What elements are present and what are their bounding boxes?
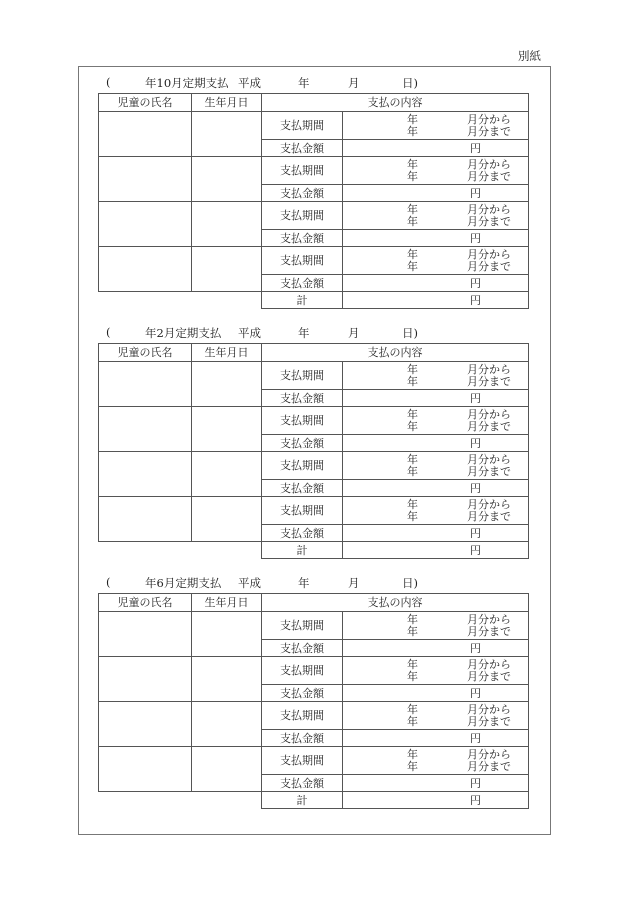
title-era: 平成 xyxy=(238,75,261,91)
amount-label: 支払金額 xyxy=(262,730,343,747)
title-payment: 年6月定期支払 xyxy=(145,575,221,591)
period-value[interactable]: 年 月分から 年 月分まで xyxy=(343,612,529,640)
title-payment: 年2月定期支払 xyxy=(145,325,221,341)
period-label: 支払期間 xyxy=(262,407,343,435)
dob-cell[interactable] xyxy=(192,407,262,452)
dob-cell[interactable] xyxy=(192,157,262,202)
child-name-cell[interactable] xyxy=(99,202,192,247)
period-value[interactable]: 年 月分から 年 月分まで xyxy=(343,362,529,390)
period-value[interactable]: 年 月分から 年 月分まで xyxy=(343,452,529,480)
title-era: 平成 xyxy=(238,325,261,341)
amount-label: 支払金額 xyxy=(262,685,343,702)
table-row: 支払期間 年 月分から 年 月分まで xyxy=(99,612,529,640)
title-open: ( xyxy=(106,325,111,339)
child-name-cell[interactable] xyxy=(99,362,192,407)
header-name: 児童の氏名 xyxy=(99,344,192,362)
period-label: 支払期間 xyxy=(262,202,343,230)
title-day: 日) xyxy=(402,325,418,341)
amount-label: 支払金額 xyxy=(262,185,343,202)
amount-value[interactable]: 円 xyxy=(343,685,529,702)
title-payment: 年10月定期支払 xyxy=(145,75,229,91)
payment-section: ( 年10月定期支払 平成 年 月 日) 児童の氏名 生年月日 支払の内容 支払… xyxy=(98,73,528,309)
amount-value[interactable]: 円 xyxy=(343,775,529,792)
title-month: 月 xyxy=(348,575,360,591)
header-dob: 生年月日 xyxy=(192,94,262,112)
title-month: 月 xyxy=(348,75,360,91)
child-name-cell[interactable] xyxy=(99,112,192,157)
title-day: 日) xyxy=(402,75,418,91)
dob-cell[interactable] xyxy=(192,202,262,247)
header-name: 児童の氏名 xyxy=(99,94,192,112)
table-row: 支払期間 年 月分から 年 月分まで xyxy=(99,202,529,230)
period-value[interactable]: 年 月分から 年 月分まで xyxy=(343,247,529,275)
table-row: 支払期間 年 月分から 年 月分まで xyxy=(99,247,529,275)
title-year: 年 xyxy=(298,75,310,91)
header-content: 支払の内容 xyxy=(262,344,529,362)
total-label: 計 xyxy=(262,792,343,809)
amount-label: 支払金額 xyxy=(262,275,343,292)
amount-value[interactable]: 円 xyxy=(343,390,529,407)
header-dob: 生年月日 xyxy=(192,594,262,612)
amount-label: 支払金額 xyxy=(262,480,343,497)
amount-value[interactable]: 円 xyxy=(343,480,529,497)
table-row: 支払期間 年 月分から 年 月分まで xyxy=(99,157,529,185)
title-era: 平成 xyxy=(238,575,261,591)
dob-cell[interactable] xyxy=(192,112,262,157)
title-open: ( xyxy=(106,75,111,89)
payment-table: 児童の氏名 生年月日 支払の内容 支払期間 年 月分から 年 月分まで 支払金額… xyxy=(98,593,529,809)
period-label: 支払期間 xyxy=(262,362,343,390)
period-label: 支払期間 xyxy=(262,612,343,640)
header-content: 支払の内容 xyxy=(262,94,529,112)
title-month: 月 xyxy=(348,325,360,341)
period-value[interactable]: 年 月分から 年 月分まで xyxy=(343,497,529,525)
period-label: 支払期間 xyxy=(262,452,343,480)
period-label: 支払期間 xyxy=(262,247,343,275)
child-name-cell[interactable] xyxy=(99,497,192,542)
header-name: 児童の氏名 xyxy=(99,594,192,612)
total-value[interactable]: 円 xyxy=(343,542,529,559)
title-day: 日) xyxy=(402,575,418,591)
child-name-cell[interactable] xyxy=(99,747,192,792)
child-name-cell[interactable] xyxy=(99,657,192,702)
amount-label: 支払金額 xyxy=(262,230,343,247)
payment-table: 児童の氏名 生年月日 支払の内容 支払期間 年 月分から 年 月分まで 支払金額… xyxy=(98,343,529,559)
dob-cell[interactable] xyxy=(192,612,262,657)
title-year: 年 xyxy=(298,325,310,341)
child-name-cell[interactable] xyxy=(99,407,192,452)
title-open: ( xyxy=(106,575,111,589)
table-row: 支払期間 年 月分から 年 月分まで xyxy=(99,407,529,435)
period-value[interactable]: 年 月分から 年 月分まで xyxy=(343,157,529,185)
dob-cell[interactable] xyxy=(192,657,262,702)
period-label: 支払期間 xyxy=(262,702,343,730)
total-label: 計 xyxy=(262,542,343,559)
period-label: 支払期間 xyxy=(262,657,343,685)
header-dob: 生年月日 xyxy=(192,344,262,362)
dob-cell[interactable] xyxy=(192,362,262,407)
total-value[interactable]: 円 xyxy=(343,792,529,809)
period-value[interactable]: 年 月分から 年 月分まで xyxy=(343,702,529,730)
amount-label: 支払金額 xyxy=(262,775,343,792)
header-content: 支払の内容 xyxy=(262,594,529,612)
dob-cell[interactable] xyxy=(192,452,262,497)
period-value[interactable]: 年 月分から 年 月分まで xyxy=(343,657,529,685)
amount-label: 支払金額 xyxy=(262,640,343,657)
amount-value[interactable]: 円 xyxy=(343,525,529,542)
child-name-cell[interactable] xyxy=(99,157,192,202)
period-label: 支払期間 xyxy=(262,112,343,140)
table-row: 支払期間 年 月分から 年 月分まで xyxy=(99,112,529,140)
child-name-cell[interactable] xyxy=(99,247,192,292)
period-value[interactable]: 年 月分から 年 月分まで xyxy=(343,407,529,435)
payment-section: ( 年2月定期支払 平成 年 月 日) 児童の氏名 生年月日 支払の内容 支払期… xyxy=(98,323,528,559)
total-label: 計 xyxy=(262,292,343,309)
payment-table: 児童の氏名 生年月日 支払の内容 支払期間 年 月分から 年 月分まで 支払金額… xyxy=(98,93,529,309)
total-value[interactable]: 円 xyxy=(343,292,529,309)
amount-value[interactable]: 円 xyxy=(343,435,529,452)
child-name-cell[interactable] xyxy=(99,702,192,747)
page-label: 別紙 xyxy=(518,48,541,64)
payment-section: ( 年6月定期支払 平成 年 月 日) 児童の氏名 生年月日 支払の内容 支払期… xyxy=(98,573,528,809)
amount-label: 支払金額 xyxy=(262,435,343,452)
period-value[interactable]: 年 月分から 年 月分まで xyxy=(343,747,529,775)
dob-cell[interactable] xyxy=(192,497,262,542)
period-label: 支払期間 xyxy=(262,747,343,775)
period-label: 支払期間 xyxy=(262,497,343,525)
dob-cell[interactable] xyxy=(192,747,262,792)
amount-value[interactable]: 円 xyxy=(343,140,529,157)
amount-value[interactable]: 円 xyxy=(343,730,529,747)
child-name-cell[interactable] xyxy=(99,612,192,657)
dob-cell[interactable] xyxy=(192,702,262,747)
dob-cell[interactable] xyxy=(192,247,262,292)
table-row: 支払期間 年 月分から 年 月分まで xyxy=(99,497,529,525)
child-name-cell[interactable] xyxy=(99,452,192,497)
amount-value[interactable]: 円 xyxy=(343,185,529,202)
amount-label: 支払金額 xyxy=(262,140,343,157)
amount-label: 支払金額 xyxy=(262,525,343,542)
title-year: 年 xyxy=(298,575,310,591)
table-row: 支払期間 年 月分から 年 月分まで xyxy=(99,657,529,685)
amount-value[interactable]: 円 xyxy=(343,230,529,247)
period-value[interactable]: 年 月分から 年 月分まで xyxy=(343,202,529,230)
table-row: 支払期間 年 月分から 年 月分まで xyxy=(99,747,529,775)
amount-value[interactable]: 円 xyxy=(343,640,529,657)
section-title: ( 年10月定期支払 平成 年 月 日) xyxy=(98,73,528,93)
section-title: ( 年6月定期支払 平成 年 月 日) xyxy=(98,573,528,593)
amount-value[interactable]: 円 xyxy=(343,275,529,292)
table-row: 支払期間 年 月分から 年 月分まで xyxy=(99,702,529,730)
section-title: ( 年2月定期支払 平成 年 月 日) xyxy=(98,323,528,343)
amount-label: 支払金額 xyxy=(262,390,343,407)
period-label: 支払期間 xyxy=(262,157,343,185)
table-row: 支払期間 年 月分から 年 月分まで xyxy=(99,362,529,390)
period-value[interactable]: 年 月分から 年 月分まで xyxy=(343,112,529,140)
table-row: 支払期間 年 月分から 年 月分まで xyxy=(99,452,529,480)
